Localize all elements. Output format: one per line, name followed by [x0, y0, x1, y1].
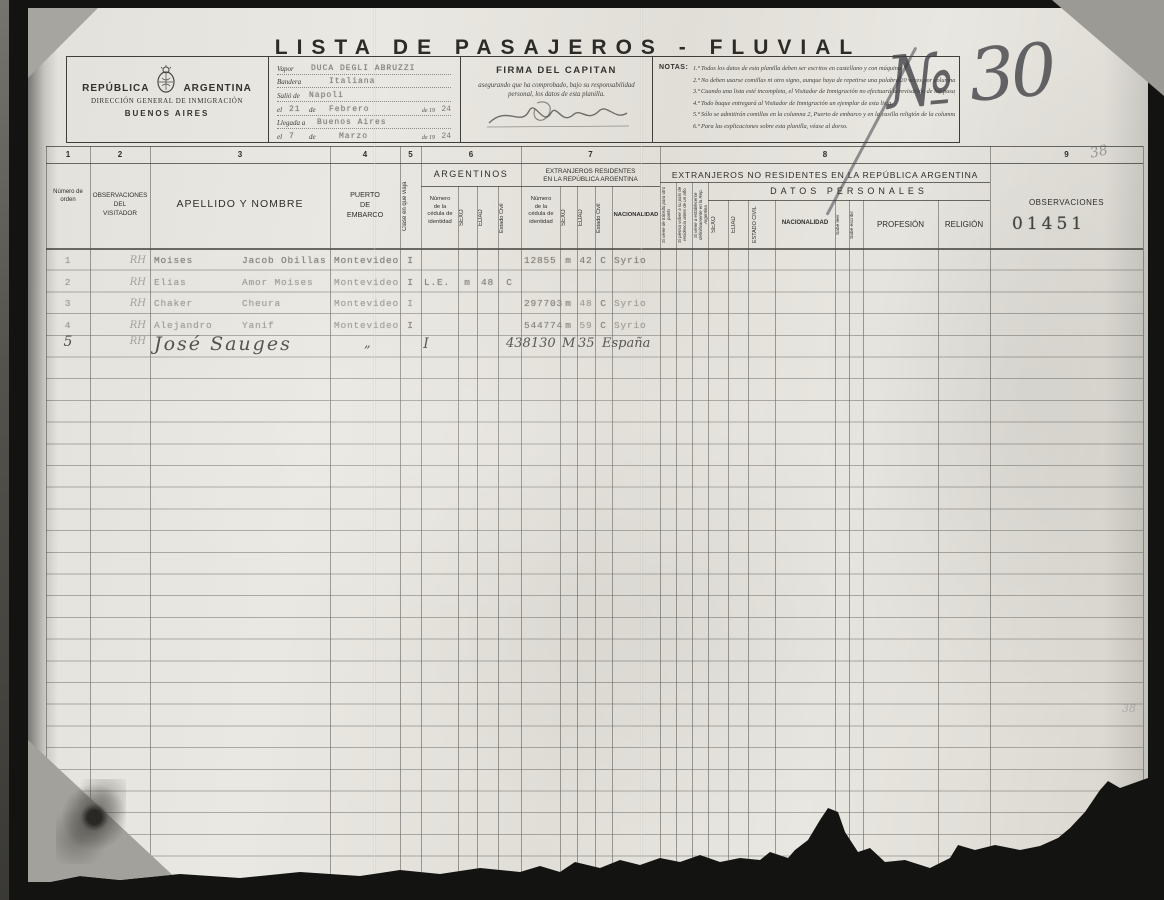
field-departure-date: el 21 de Febrero de 19 24	[277, 102, 451, 116]
header-apellido-nombre: APELLIDO Y NOMBRE	[150, 198, 330, 210]
header-dp-edad: EDAD	[731, 204, 746, 246]
ext-cedula: 438130	[506, 332, 562, 353]
captain-box-title: FIRMA DEL CAPITAN	[461, 65, 652, 76]
header-ext-sexo: SEXO	[561, 192, 576, 244]
ext-nacionalidad: Syrio	[614, 294, 660, 315]
coat-of-arms-icon	[154, 64, 178, 94]
header-sabe-leer: Sabe leer	[836, 204, 848, 246]
clase: I	[400, 294, 421, 315]
puerto-embarco: Montevideo	[334, 273, 400, 294]
column-number-8: 8	[660, 148, 990, 163]
header-numero-orden: Número de orden	[46, 188, 90, 204]
arg-cedula: L.E.	[424, 273, 458, 294]
header-no-residentes-group: EXTRANJEROS NO RESIDENTES EN LA REPÚBLIC…	[660, 170, 990, 180]
passenger-row-handwritten: 5 RH José Sauges „ I 438130 M 35 España	[28, 332, 1148, 358]
header-establecerse: Si viene a establecerse definitivamente …	[693, 184, 707, 246]
row-number: 5	[46, 332, 90, 353]
ext-sexo: M	[562, 332, 578, 353]
ext-nacionalidad: Syrio	[614, 251, 660, 272]
row-number: 1	[46, 251, 90, 272]
header-volver-pais: Si piensa volver a su país de residencia…	[677, 184, 691, 246]
header-extranjeros-residentes-group: EXTRANJEROS RESIDENTESEN LA REPÚBLICA AR…	[521, 168, 660, 184]
agency-country-left: REPÚBLICA	[82, 83, 149, 94]
column-number-7: 7	[521, 148, 660, 163]
column-number-4: 4	[330, 148, 400, 163]
nombre: Cheura	[242, 294, 330, 315]
header-transito: Si viene de tránsito para otro punto	[661, 184, 675, 246]
passenger-row: 3 RH Chaker Cheura Montevideo I 297703 m…	[28, 294, 1148, 315]
header-clase-viaja: Clase en que viaja	[402, 168, 420, 244]
ext-sexo: m	[560, 294, 577, 315]
puerto-embarco: Montevideo	[334, 251, 400, 272]
field-bandera: Bandera Italiana	[277, 75, 451, 89]
header-ext-cedula: Númerode la cédula deidentidad	[522, 196, 560, 226]
row-number: 2	[46, 273, 90, 294]
field-arrival-date: el 7 de Marzo de 19 24	[277, 129, 451, 142]
column-number-9: 9	[990, 148, 1143, 163]
ext-cedula: 12855	[524, 251, 560, 272]
arg-edad: 48	[477, 273, 498, 294]
ext-edad: 42	[577, 251, 595, 272]
visitador-mark: RH	[90, 273, 146, 294]
row-number: 3	[46, 294, 90, 315]
ext-edad: 48	[577, 294, 595, 315]
apellido: Elias	[154, 273, 242, 294]
form-header-band: REPÚBLICA ARGENTINA DIRECCIÓN GENERAL DE…	[66, 56, 960, 143]
visitador-mark: RH	[90, 332, 146, 353]
clase: I	[416, 332, 436, 353]
header-ext-edad: EDAD	[578, 192, 594, 244]
passenger-row: 1 RH Moises Jacob Obillas Montevideo I 1…	[28, 251, 1148, 272]
header-dp-sexo: SEXO	[711, 204, 726, 246]
clase: I	[400, 273, 421, 294]
apellido-nombre-handwritten: José Sauges	[154, 332, 364, 353]
puerto-embarco: Montevideo	[334, 294, 400, 315]
visitador-mark: RH	[90, 251, 146, 272]
clase: I	[400, 251, 421, 272]
header-sabe-escribir: Sabe escribir	[850, 204, 862, 246]
nombre: Amor Moises	[242, 273, 330, 294]
visitador-mark: RH	[90, 294, 146, 315]
header-observaciones-visitador: OBSERVACIONESDELVISITADOR	[90, 191, 150, 218]
header-arg-sexo: SEXO	[459, 192, 476, 244]
header-profesion: PROFESIÓN	[863, 220, 938, 229]
header-arg-estado-civil: Estado Civil	[499, 190, 520, 246]
ext-nacionalidad: España	[602, 332, 662, 353]
header-dp-estado-civil: ESTADO CIVIL	[752, 202, 772, 248]
ext-sexo: m	[560, 251, 577, 272]
agency-department: DIRECCIÓN GENERAL DE INMIGRACIÓN	[67, 97, 267, 105]
agency-country-right: ARGENTINA	[183, 83, 251, 94]
ink-smudge	[56, 779, 126, 864]
edge-pencil-number: 38	[1122, 702, 1136, 715]
header-arg-edad: EDAD	[478, 192, 497, 244]
column-number-3: 3	[150, 148, 330, 163]
header-observaciones: OBSERVACIONES	[990, 198, 1143, 207]
column-number-6: 6	[421, 148, 521, 163]
column-number-1: 1	[46, 148, 90, 163]
binding-shadow	[28, 8, 58, 882]
notas-label: NOTAS:	[659, 64, 688, 71]
header-argentinos-group: ARGENTINOS	[421, 169, 521, 179]
ext-cedula: 297703	[524, 294, 560, 315]
arg-estado: C	[498, 273, 521, 294]
puerto-ditto: „	[364, 332, 394, 353]
field-salio-de: Salió de Napoli	[277, 88, 451, 102]
ext-estado: C	[595, 294, 612, 315]
captain-signature	[477, 97, 637, 131]
apellido: Chaker	[154, 294, 242, 315]
document-paper: LISTA DE PASAJEROS - FLUVIAL REPÚBLICA A…	[28, 8, 1148, 882]
header-puerto-embarco: PUERTODEEMBARCO	[330, 190, 400, 220]
ext-estado: C	[595, 251, 612, 272]
serial-stamp: 01451	[1012, 214, 1086, 234]
field-llegada-a: Llegada a Buenos Aires	[277, 116, 451, 130]
passenger-row: 2 RH Elias Amor Moises Montevideo I L.E.…	[28, 273, 1148, 294]
folio-number-handwritten: № 30	[883, 27, 1056, 125]
column-number-2: 2	[90, 148, 150, 163]
captain-signature-box: FIRMA DEL CAPITAN asegurando que ha comp…	[460, 57, 652, 142]
agency-city: BUENOS AIRES	[67, 109, 267, 118]
field-vapor: Vapor DUCA DEGLI ABRUZZI	[277, 61, 451, 75]
header-datos-personales: DATOS PERSONALES	[708, 186, 990, 196]
agency-box: REPÚBLICA ARGENTINA DIRECCIÓN GENERAL DE…	[67, 57, 267, 142]
column-number-5: 5	[400, 148, 421, 163]
adjacent-page-edge	[0, 0, 9, 900]
header-ext-nacionalidad: NACIONALIDAD	[612, 212, 660, 218]
nombre: Jacob Obillas	[242, 251, 330, 272]
header-dp-nacionalidad: NACIONALIDAD	[775, 220, 835, 226]
header-arg-cedula: Númerode la cédula deidentidad	[422, 196, 458, 226]
header-ext-estado-civil: Estado Civil	[596, 190, 611, 246]
apellido: Moises	[154, 251, 242, 272]
captain-box-subtitle-1: asegurando que ha comprobado, bajo su re…	[478, 82, 634, 89]
arg-sexo: m	[458, 273, 477, 294]
header-religion: RELIGIÓN	[938, 220, 990, 229]
ship-fields-box: Vapor DUCA DEGLI ABRUZZI Bandera Italian…	[268, 57, 459, 142]
ext-edad: 35	[578, 332, 600, 353]
